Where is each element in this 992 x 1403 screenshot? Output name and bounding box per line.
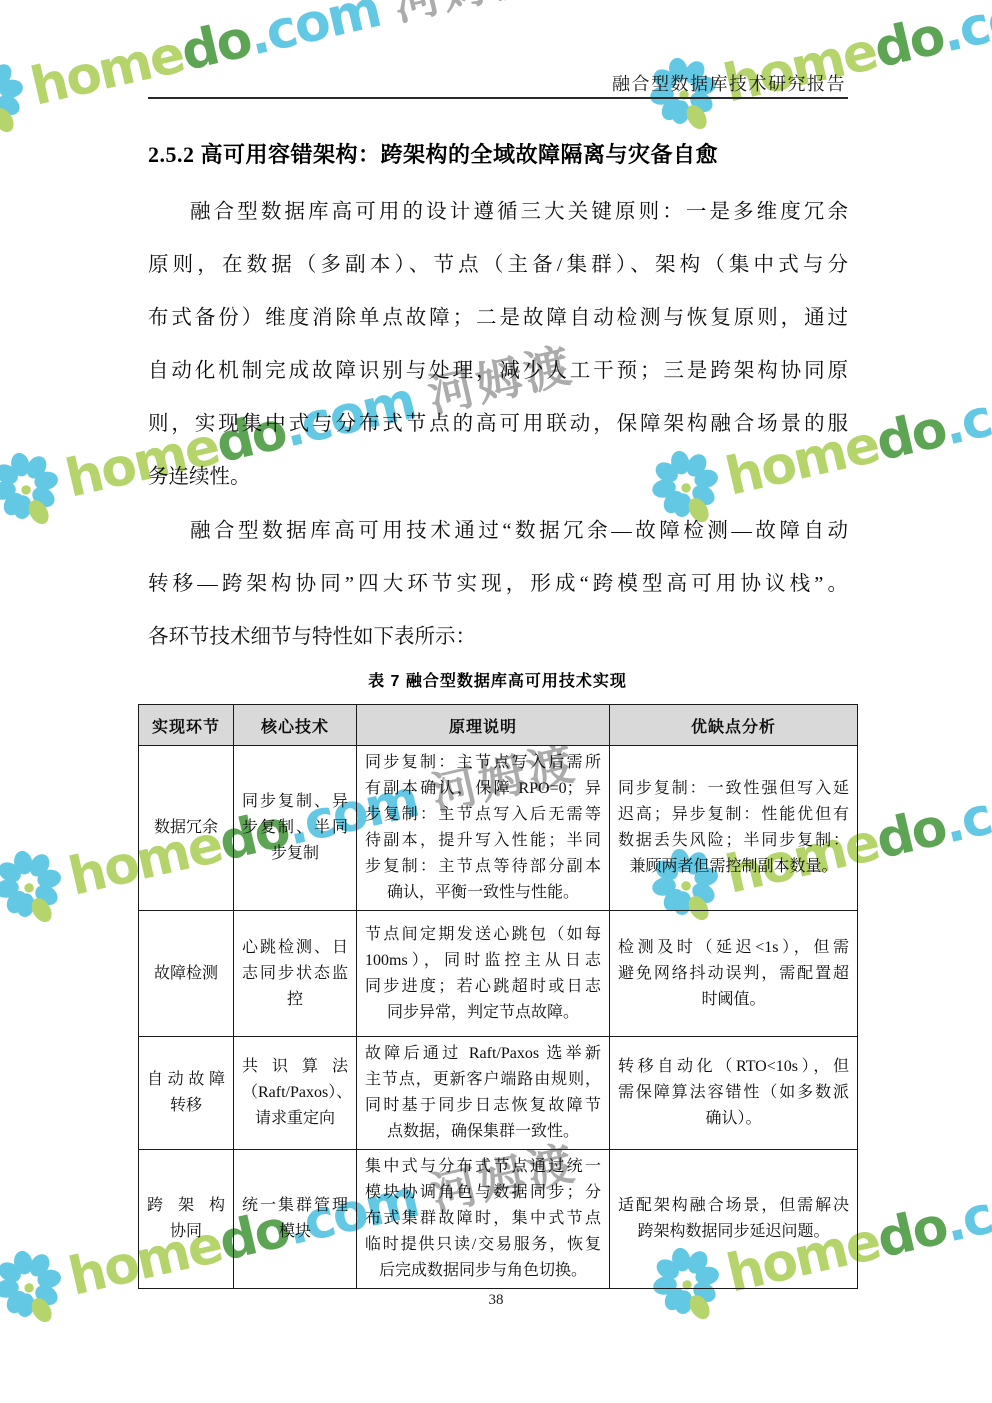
cell-line: 100ms），同时监控主从日志 xyxy=(365,948,601,974)
paragraph-line: 各环节技术细节与特性如下表所示： xyxy=(148,611,848,664)
cell-line: 同时基于同步日志恢复故障节 xyxy=(365,1093,601,1119)
cell-tech: 同步复制、异 步复制、半同 步复制 xyxy=(234,746,357,911)
paragraph-line: 则，实现集中式与分布式节点的高可用联动，保障架构融合场景的服 xyxy=(148,398,848,451)
cell-analysis: 检测及时（延迟<1s），但需 避免网络抖动误判，需配置超 时阈值。 xyxy=(610,911,858,1037)
paragraph-line: 融合型数据库高可用技术通过“数据冗余—故障检测—故障自动 xyxy=(148,505,848,558)
cell-line: 志同步状态监 xyxy=(242,961,348,987)
paragraph-2: 融合型数据库高可用技术通过“数据冗余—故障检测—故障自动 转移—跨架构协同”四大… xyxy=(148,505,848,664)
cell-analysis: 适配架构融合场景，但需解决 跨架构数据同步延迟问题。 xyxy=(610,1150,858,1289)
cell-line: 同步异常，判定节点故障。 xyxy=(365,1000,601,1026)
cell-principle: 节点间定期发送心跳包（如每 100ms），同时监控主从日志 同步进度；若心跳超时… xyxy=(357,911,610,1037)
cell-line: 步复制 xyxy=(242,841,348,867)
cell-tech: 统一集群管理 模块 xyxy=(234,1150,357,1289)
cell-line: 避免网络抖动误判，需配置超 xyxy=(618,961,849,987)
column-header-analysis: 优缺点分析 xyxy=(610,705,858,746)
cell-principle: 集中式与分布式节点通过统一 模块协调角色与数据同步；分 布式集群故障时，集中式节… xyxy=(357,1150,610,1289)
cell-line: 协同 xyxy=(147,1219,225,1245)
cell-principle: 故障后通过 Raft/Paxos 选举新 主节点，更新客户端路由规则， 同时基于… xyxy=(357,1037,610,1150)
cell-line: 确认，平衡一致性与性能。 xyxy=(365,880,601,906)
cell-analysis: 转移自动化（RTO<10s），但 需保障算法容错性（如多数派 确认）。 xyxy=(610,1037,858,1150)
cell-line: 后完成数据同步与角色切换。 xyxy=(365,1258,601,1284)
running-header: 融合型数据库技术研究报告 xyxy=(612,70,846,96)
cell-line: 步复制：主节点写入后无需等 xyxy=(365,802,601,828)
cell-line: 控 xyxy=(242,987,348,1013)
paragraph-1: 融合型数据库高可用的设计遵循三大关键原则：一是多维度冗余 原则，在数据（多副本）… xyxy=(148,186,848,504)
cell-line: 转移自动化（RTO<10s），但 xyxy=(618,1054,849,1080)
cell-line: 适配架构融合场景，但需解决 xyxy=(618,1193,849,1219)
cell-line: 自动故障 xyxy=(147,1067,225,1093)
cell-line: 点数据，确保集群一致性。 xyxy=(365,1119,601,1145)
cell-line: 集中式与分布式节点通过统一 xyxy=(365,1154,601,1180)
cell-line: 兼顾两者但需控制副本数量。 xyxy=(618,854,849,880)
cell-line: 同步复制、异 xyxy=(242,789,348,815)
column-header-stage: 实现环节 xyxy=(139,705,234,746)
cell-line: 模块协调角色与数据同步；分 xyxy=(365,1180,601,1206)
header-rule xyxy=(148,97,848,99)
column-header-principle: 原理说明 xyxy=(357,705,610,746)
paragraph-line: 务连续性。 xyxy=(148,451,848,504)
table-row: 跨架构 协同 统一集群管理 模块 集中式与分布式节点通过统一 模块协调角色与数据… xyxy=(139,1150,858,1289)
cell-line: （Raft/Paxos）、 xyxy=(242,1080,348,1106)
cell-line: 步复制：主节点等待部分副本 xyxy=(365,854,601,880)
cell-line: 转移 xyxy=(147,1093,225,1119)
table-header-row: 实现环节 核心技术 原理说明 优缺点分析 xyxy=(139,705,858,746)
paragraph-line: 转移—跨架构协同”四大环节实现，形成“跨模型高可用协议栈”。 xyxy=(148,558,848,611)
column-header-tech: 核心技术 xyxy=(234,705,357,746)
cell-analysis: 同步复制：一致性强但写入延 迟高；异步复制：性能优但有 数据丢失风险；半同步复制… xyxy=(610,746,858,911)
cell-line: 统一集群管理 xyxy=(242,1193,348,1219)
cell-line: 步复制、半同 xyxy=(242,815,348,841)
cell-line: 故障检测 xyxy=(147,961,225,987)
cell-principle: 同步复制：主节点写入后需所 有副本确认，保障 RPO=0；异 步复制：主节点写入… xyxy=(357,746,610,911)
cell-line: 跨架构 xyxy=(147,1193,225,1219)
cell-line: 检测及时（延迟<1s），但需 xyxy=(618,935,849,961)
paragraph-line: 自动化机制完成故障识别与处理，减少人工干预；三是跨架构协同原 xyxy=(148,345,848,398)
cell-line: 主节点，更新客户端路由规则， xyxy=(365,1067,601,1093)
cell-stage: 故障检测 xyxy=(139,911,234,1037)
page-number: 38 xyxy=(0,1292,992,1309)
cell-stage: 自动故障 转移 xyxy=(139,1037,234,1150)
table-row: 数据冗余 同步复制、异 步复制、半同 步复制 同步复制：主节点写入后需所 有副本… xyxy=(139,746,858,911)
cell-line: 数据冗余 xyxy=(147,815,225,841)
cell-line: 跨架构数据同步延迟问题。 xyxy=(618,1219,849,1245)
cell-stage: 跨架构 协同 xyxy=(139,1150,234,1289)
cell-line: 确认）。 xyxy=(618,1106,849,1132)
cell-line: 同步进度；若心跳超时或日志 xyxy=(365,974,601,1000)
cell-line: 同步复制：主节点写入后需所 xyxy=(365,750,601,776)
cell-line: 有副本确认，保障 RPO=0；异 xyxy=(365,776,601,802)
cell-line: 故障后通过 Raft/Paxos 选举新 xyxy=(365,1041,601,1067)
cell-line: 模块 xyxy=(242,1219,348,1245)
cell-line: 数据丢失风险；半同步复制： xyxy=(618,828,849,854)
paragraph-line: 融合型数据库高可用的设计遵循三大关键原则：一是多维度冗余 xyxy=(148,186,848,239)
table-row: 故障检测 心跳检测、日 志同步状态监 控 节点间定期发送心跳包（如每 100ms… xyxy=(139,911,858,1037)
page-content: 融合型数据库技术研究报告 2.5.2 高可用容错架构：跨架构的全域故障隔离与灾备… xyxy=(0,0,992,1403)
cell-line: 待副本，提升写入性能；半同 xyxy=(365,828,601,854)
cell-line: 同步复制：一致性强但写入延 xyxy=(618,776,849,802)
cell-line: 迟高；异步复制：性能优但有 xyxy=(618,802,849,828)
cell-line: 请求重定向 xyxy=(242,1106,348,1132)
cell-line: 布式集群故障时，集中式节点 xyxy=(365,1206,601,1232)
document-page: homedo.com 河姆渡 homedo.com 河姆渡 homedo.com… xyxy=(0,0,992,1403)
cell-line: 需保障算法容错性（如多数派 xyxy=(618,1080,849,1106)
cell-tech: 共识算法 （Raft/Paxos）、 请求重定向 xyxy=(234,1037,357,1150)
ha-technology-table: 实现环节 核心技术 原理说明 优缺点分析 数据冗余 同步复制、异 步复制、半同 … xyxy=(138,704,858,1289)
cell-tech: 心跳检测、日 志同步状态监 控 xyxy=(234,911,357,1037)
section-heading: 2.5.2 高可用容错架构：跨架构的全域故障隔离与灾备自愈 xyxy=(148,138,888,169)
table-row: 自动故障 转移 共识算法 （Raft/Paxos）、 请求重定向 故障后通过 R… xyxy=(139,1037,858,1150)
paragraph-line: 原则，在数据（多副本）、节点（主备/集群）、架构（集中式与分 xyxy=(148,239,848,292)
cell-line: 时阈值。 xyxy=(618,987,849,1013)
cell-line: 临时提供只读/交易服务，恢复 xyxy=(365,1232,601,1258)
paragraph-line: 布式备份）维度消除单点故障；二是故障自动检测与恢复原则，通过 xyxy=(148,292,848,345)
cell-line: 节点间定期发送心跳包（如每 xyxy=(365,922,601,948)
cell-stage: 数据冗余 xyxy=(139,746,234,911)
cell-line: 共识算法 xyxy=(242,1054,348,1080)
table-caption: 表 7 融合型数据库高可用技术实现 xyxy=(138,668,857,691)
cell-line: 心跳检测、日 xyxy=(242,935,348,961)
